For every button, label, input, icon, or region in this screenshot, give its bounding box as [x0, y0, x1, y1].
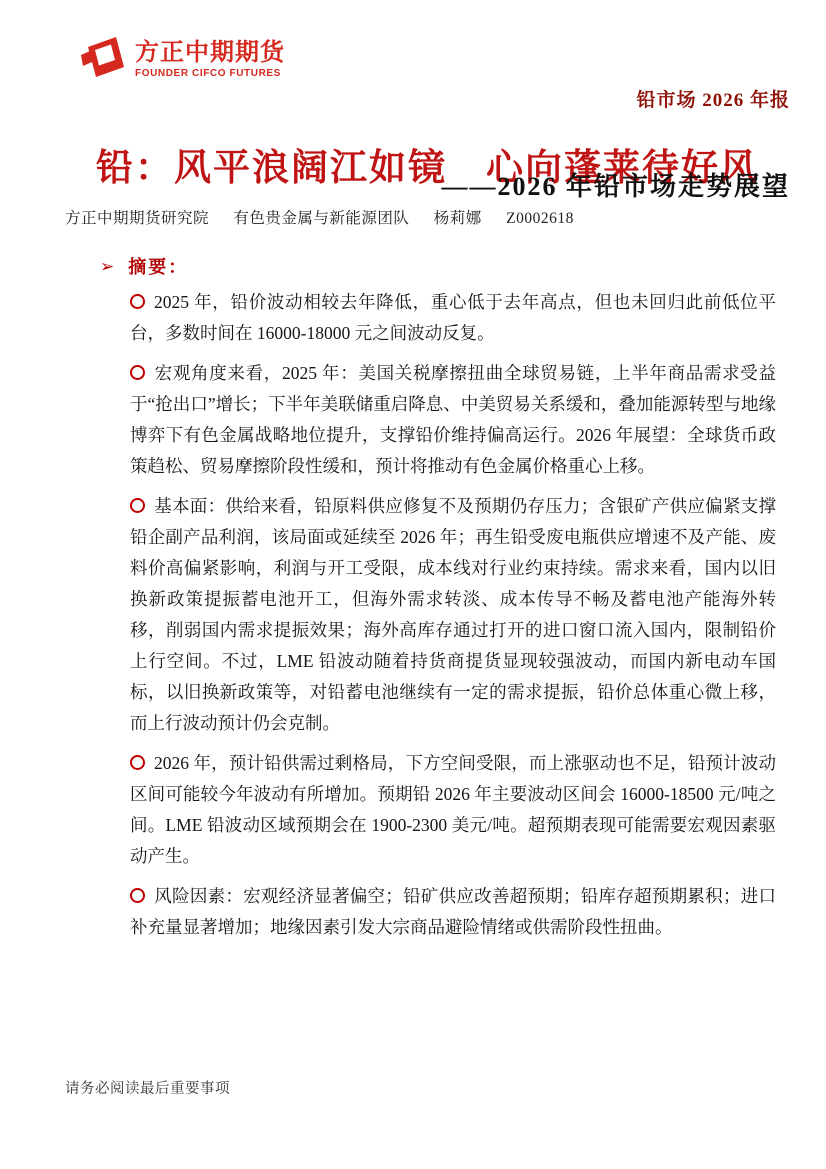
- circle-bullet-icon: [130, 888, 145, 903]
- brand-logo: 方正中期期货 FOUNDER CIFCO FUTURES: [78, 34, 285, 82]
- summary-bullet-text: 风险因素：宏观经济显著偏空；铅矿供应改善超预期；铅库存超预期累积；进口补充量显著…: [130, 886, 776, 937]
- report-page: 方正中期期货 FOUNDER CIFCO FUTURES 铅市场 2026 年报…: [0, 0, 826, 1169]
- report-tag: 铅市场 2026 年报: [636, 85, 790, 112]
- summary-heading: ➢ 摘要：: [100, 253, 188, 279]
- circle-bullet-icon: [130, 498, 145, 513]
- summary-bullet: 2025 年，铅价波动相较去年降低，重心低于去年高点，但也未回归此前低位平台，多…: [130, 287, 776, 349]
- byline: 方正中期期货研究院 有色贵金属与新能源团队 杨莉娜 Z0002618: [65, 206, 574, 228]
- circle-bullet-icon: [130, 755, 145, 770]
- summary-heading-label: 摘要：: [128, 253, 188, 279]
- byline-institution: 方正中期期货研究院: [65, 210, 209, 227]
- brand-name-cn: 方正中期期货: [135, 40, 285, 66]
- footer-disclaimer-note: 请务必阅读最后重要事项: [65, 1077, 230, 1098]
- brand-name-en: FOUNDER CIFCO FUTURES: [135, 68, 285, 79]
- summary-bullet-text: 宏观角度来看，2025 年：美国关税摩擦扭曲全球贸易链，上半年商品需求受益于“抢…: [130, 363, 776, 476]
- byline-team: 有色贵金属与新能源团队: [233, 210, 409, 227]
- report-subtitle: ——2026 年铅市场走势展望: [441, 166, 790, 203]
- summary-bullet-text: 2025 年，铅价波动相较去年降低，重心低于去年高点，但也未回归此前低位平台，多…: [130, 292, 776, 343]
- circle-bullet-icon: [130, 365, 145, 380]
- arrow-bullet-icon: ➢: [100, 258, 114, 275]
- circle-bullet-icon: [130, 294, 145, 309]
- summary-bullet: 2026 年，预计铅供需过剩格局，下方空间受限，而上涨驱动也不足，铅预计波动区间…: [130, 748, 776, 872]
- byline-license-no: Z0002618: [506, 210, 574, 227]
- summary-bullet: 基本面：供给来看，铅原料供应修复不及预期仍存压力；含银矿产供应偏紧支撑铅企副产品…: [130, 491, 776, 739]
- summary-bullet: 宏观角度来看，2025 年：美国关税摩擦扭曲全球贸易链，上半年商品需求受益于“抢…: [130, 358, 776, 482]
- summary-bullet-text: 2026 年，预计铅供需过剩格局，下方空间受限，而上涨驱动也不足，铅预计波动区间…: [130, 753, 776, 866]
- brand-logo-text: 方正中期期货 FOUNDER CIFCO FUTURES: [135, 34, 285, 79]
- byline-analyst: 杨莉娜: [434, 210, 482, 227]
- summary-bullet-text: 基本面：供给来看，铅原料供应修复不及预期仍存压力；含银矿产供应偏紧支撑铅企副产品…: [130, 496, 776, 733]
- summary-bullet: 风险因素：宏观经济显著偏空；铅矿供应改善超预期；铅库存超预期累积；进口补充量显著…: [130, 881, 776, 943]
- founder-cube-logo-icon: [78, 34, 126, 82]
- summary-bullet-list: 2025 年，铅价波动相较去年降低，重心低于去年高点，但也未回归此前低位平台，多…: [130, 287, 776, 952]
